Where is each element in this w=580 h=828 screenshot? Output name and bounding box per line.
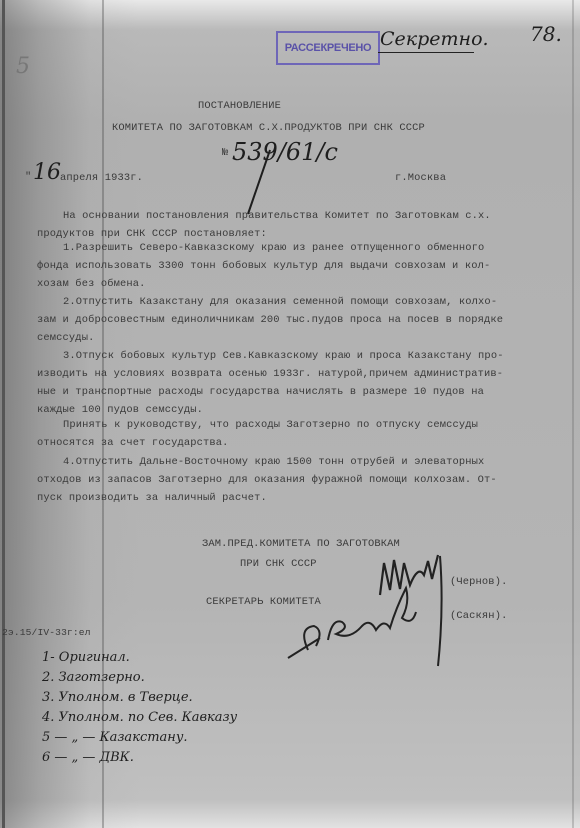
body-item-4-line: отходов из запасов Заготзерно для оказан… (37, 474, 497, 486)
page-left-edge (2, 0, 5, 828)
body-item-4-line: пуск производить за наличный расчет. (37, 492, 267, 504)
body-intro-line: На основании постановления правительства… (63, 210, 491, 222)
distribution-item: 1- Оригинал. (42, 650, 130, 665)
typist-reference: 2э.15/IV-33г:ел (2, 627, 91, 638)
body-item-2-line: 2.Отпустить Казакстану для оказания семе… (63, 296, 497, 308)
declassified-stamp: РАССЕКРЕЧЕНО (276, 31, 380, 65)
body-note-line: Принять к руководству, что расходы Загот… (63, 419, 478, 431)
distribution-item: 5 — „ — Казакстану. (42, 730, 188, 745)
date-quote-open: " (25, 171, 31, 183)
document-title: ПОСТАНОВЛЕНИЕ (198, 100, 281, 112)
body-item-2-line: семссуды. (37, 332, 94, 344)
number-prefix: № (222, 147, 228, 159)
date-day: 16 (33, 160, 61, 185)
body-item-1-line: фонда использовать 3300 тонн бобовых кул… (37, 260, 490, 272)
body-item-1-line: 1.Разрешить Северо-Кавказскому краю из р… (63, 242, 484, 254)
sheet-number: 78. (530, 22, 562, 46)
date-rest: апреля 1933г. (60, 172, 143, 184)
body-item-3-line: изводить на условиях возврата осенью 193… (37, 368, 503, 380)
margin-mark: 5 (16, 54, 30, 79)
place: г.Москва (395, 172, 446, 184)
body-item-3-line: каждые 100 пудов семссуды. (37, 404, 203, 416)
body-item-2-line: зам и добросовестным единоличникам 200 т… (37, 314, 503, 326)
classification-handwritten: Секретно. (380, 28, 489, 50)
secretary-signature (280, 548, 470, 668)
document-page: 5 РАССЕКРЕЧЕНО Секретно. 78. ПОСТАНОВЛЕН… (0, 0, 580, 828)
document-subtitle: КОМИТЕТА ПО ЗАГОТОВКАМ С.Х.ПРОДУКТОВ ПРИ… (112, 122, 425, 134)
body-item-3-line: 3.Отпуск бобовых культур Сев.Кавказскому… (63, 350, 504, 362)
distribution-item: 2. Заготзерно. (42, 670, 145, 685)
body-item-3-line: ные и транспортные расходы государства н… (37, 386, 484, 398)
classification-underline (378, 52, 474, 53)
distribution-item: 6 — „ — ДВК. (42, 750, 134, 765)
body-item-1-line: хозам без обмена. (37, 278, 146, 290)
body-intro-line: продуктов при СНК СССР постановляет: (37, 228, 267, 240)
distribution-item: 3. Уполном. в Тверце. (42, 690, 193, 705)
distribution-item: 4. Уполном. по Сев. Кавказу (42, 710, 237, 725)
page-right-edge (572, 0, 574, 828)
body-note-line: относятся за счет государства. (37, 437, 229, 449)
number-slash-stroke (240, 148, 280, 218)
body-item-4-line: 4.Отпустить Дальне-Восточному краю 1500 … (63, 456, 484, 468)
